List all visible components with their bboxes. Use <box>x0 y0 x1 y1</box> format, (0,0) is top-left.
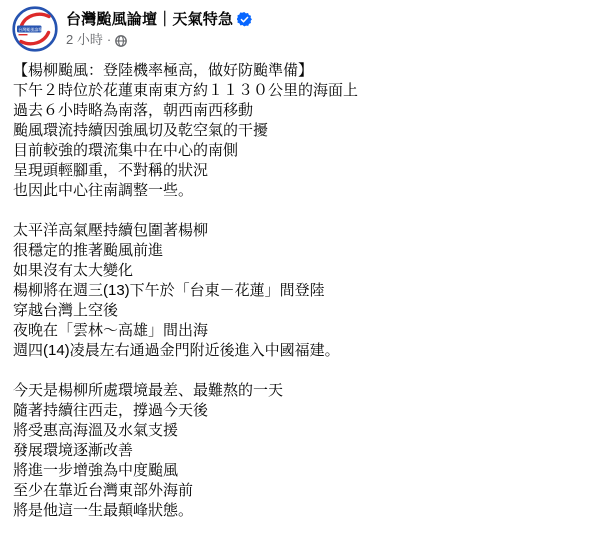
post-paragraph: 今天是楊柳所處環境最差、最難熬的一天隨著持續往西走，撐過今天後將受惠高海溫及水氣… <box>13 381 587 521</box>
post-header: 台灣颱風論壇 台灣颱風論壇｜天氣特急 2 小時 · <box>0 0 603 52</box>
timestamp-link[interactable]: 2 小時 <box>66 32 103 48</box>
post-line: 今天是楊柳所處環境最差、最難熬的一天 <box>13 381 587 401</box>
meta-separator: · <box>107 32 111 48</box>
post-line: 目前較強的環流集中在中心的南側 <box>13 141 587 161</box>
post-paragraph: 太平洋高氣壓持續包圍著楊柳很穩定的推著颱風前進如果沒有太大變化楊柳將在週三(13… <box>13 221 587 361</box>
post-line: 至少在靠近台灣東部外海前 <box>13 481 587 501</box>
verified-badge-icon <box>237 12 252 27</box>
page-name-link[interactable]: 台灣颱風論壇｜天氣特急 <box>66 10 233 29</box>
post-line: 下午２時位於花蓮東南東方約１１３０公里的海面上 <box>13 81 587 101</box>
post-line: 颱風環流持續因強風切及乾空氣的干擾 <box>13 121 587 141</box>
post-line: 太平洋高氣壓持續包圍著楊柳 <box>13 221 587 241</box>
post-line: 將是他這一生最顛峰狀態。 <box>13 501 587 521</box>
logo-band-text: 台灣颱風論壇 <box>18 26 42 32</box>
post-line: 也因此中心往南調整一些。 <box>13 181 587 201</box>
name-row: 台灣颱風論壇｜天氣特急 <box>66 10 252 29</box>
facebook-post: 台灣颱風論壇 台灣颱風論壇｜天氣特急 2 小時 · <box>0 0 603 534</box>
public-globe-icon <box>115 35 127 47</box>
page-logo-icon: 台灣颱風論壇 <box>12 6 58 52</box>
avatar[interactable]: 台灣颱風論壇 <box>12 6 58 52</box>
post-text: 【楊柳颱風：登陸機率極高，做好防颱準備】下午２時位於花蓮東南東方約１１３０公里的… <box>13 61 587 521</box>
post-line: 楊柳將在週三(13)下午於「台東－花蓮」間登陸 <box>13 281 587 301</box>
post-line: 夜晚在「雲林～高雄」間出海 <box>13 321 587 341</box>
post-line: 隨著持續往西走，撐過今天後 <box>13 401 587 421</box>
post-line: 如果沒有太大變化 <box>13 261 587 281</box>
post-line: 穿越台灣上空後 <box>13 301 587 321</box>
post-line: 將進一步增強為中度颱風 <box>13 461 587 481</box>
post-line: 過去６小時略為南落，朝西南西移動 <box>13 101 587 121</box>
post-line: 週四(14)凌晨左右通過金門附近後進入中國福建。 <box>13 341 587 361</box>
header-text: 台灣颱風論壇｜天氣特急 2 小時 · <box>66 6 252 48</box>
post-line: 很穩定的推著颱風前進 <box>13 241 587 261</box>
post-line: 呈現頭輕腳重，不對稱的狀況 <box>13 161 587 181</box>
post-line: 【楊柳颱風：登陸機率極高，做好防颱準備】 <box>13 61 587 81</box>
post-line: 發展環境逐漸改善 <box>13 441 587 461</box>
post-line: 將受惠高海溫及水氣支援 <box>13 421 587 441</box>
meta-row: 2 小時 · <box>66 32 252 48</box>
post-paragraph: 【楊柳颱風：登陸機率極高，做好防颱準備】下午２時位於花蓮東南東方約１１３０公里的… <box>13 61 587 201</box>
